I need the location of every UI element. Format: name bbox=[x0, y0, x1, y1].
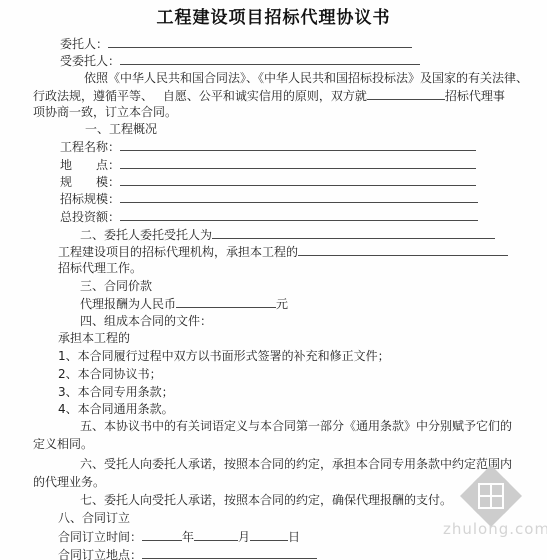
doc-line: 合同订立地点： bbox=[58, 546, 317, 560]
blank-field bbox=[142, 528, 182, 541]
doc-line: 依照《中华人民共和国合同法》、《中华人民共和国招标投标法》及国家的有关法律、 bbox=[84, 70, 528, 86]
doc-text: 代理报酬为人民币 bbox=[80, 297, 176, 311]
contract-page: 工程建设项目招标代理协议书 委托人：受委托人：依照《中华人民共和国合同法》、《中… bbox=[0, 0, 547, 560]
doc-text: 1、本合同履行过程中双方以书面形式签署的补充和修正文件； bbox=[58, 349, 390, 363]
doc-text: 项协商一致，订立本合同。 bbox=[33, 105, 177, 119]
document-title: 工程建设项目招标代理协议书 bbox=[0, 3, 547, 28]
doc-line: 承担本工程的 bbox=[58, 330, 130, 346]
doc-line: 六、受托人向委托人承诺，按照本合同的约定，承担本合同专用条款中约定范围内 bbox=[80, 456, 512, 472]
doc-text: 元 bbox=[276, 297, 288, 311]
doc-line: 2、本合同协议书； bbox=[58, 366, 162, 382]
doc-line: 五、本协议书中的有关词语定义与本合同第一部分《通用条款》中分别赋予它们的 bbox=[80, 418, 512, 434]
blank-field bbox=[176, 295, 276, 308]
doc-text: 工程建设项目的招标代理机构，承担本工程的 bbox=[58, 245, 298, 259]
blank-field bbox=[120, 190, 478, 203]
doc-text: 定义相同。 bbox=[33, 437, 93, 451]
doc-text: 合同订立时间： bbox=[58, 530, 142, 544]
doc-line: 三、合同价款 bbox=[80, 278, 152, 294]
doc-line: 受委托人： bbox=[60, 52, 420, 69]
doc-line: 一、工程概况 bbox=[85, 121, 157, 137]
doc-text: 3、本合同专用条款； bbox=[58, 385, 174, 399]
doc-line: 项协商一致，订立本合同。 bbox=[33, 104, 177, 120]
doc-text: 承担本工程的 bbox=[58, 331, 130, 345]
doc-line: 规 模： bbox=[60, 173, 476, 190]
doc-line: 七、委托人向受托人承诺，按照本合同的约定，确保代理报酬的支付。 bbox=[80, 492, 452, 508]
blank-field bbox=[120, 52, 420, 65]
doc-line: 招标代理工作。 bbox=[58, 260, 142, 276]
doc-text: 三、合同价款 bbox=[80, 279, 152, 293]
doc-text: 七、委托人向受托人承诺，按照本合同的约定，确保代理报酬的支付。 bbox=[80, 493, 452, 507]
doc-line: 工程名称： bbox=[60, 138, 476, 155]
doc-line: 招标规模： bbox=[60, 190, 478, 207]
doc-text: 总投资额： bbox=[60, 210, 120, 224]
doc-text: 地 点： bbox=[60, 158, 120, 172]
blank-field bbox=[367, 87, 445, 100]
doc-text: 一、工程概况 bbox=[85, 122, 157, 136]
blank-field bbox=[298, 243, 508, 256]
blank-field bbox=[120, 138, 476, 151]
doc-text: 二、委托人委托受托人为 bbox=[80, 228, 212, 242]
doc-text: 规 模： bbox=[60, 175, 120, 189]
doc-text: 五、本协议书中的有关词语定义与本合同第一部分《通用条款》中分别赋予它们的 bbox=[80, 419, 512, 433]
doc-text: 依照《中华人民共和国合同法》、《中华人民共和国招标投标法》及国家的有关法律、 bbox=[84, 71, 528, 85]
doc-text: 招标代理事 bbox=[445, 89, 505, 103]
doc-line: 工程建设项目的招标代理机构，承担本工程的 bbox=[58, 243, 508, 260]
doc-text: 六、受托人向委托人承诺，按照本合同的约定，承担本合同专用条款中约定范围内 bbox=[80, 457, 512, 471]
doc-line: 总投资额： bbox=[60, 208, 478, 225]
doc-text: 八、合同订立 bbox=[58, 511, 130, 525]
doc-text: 2、本合同协议书； bbox=[58, 367, 162, 381]
blank-field bbox=[120, 156, 476, 169]
doc-line: 合同订立时间：年月日 bbox=[58, 528, 300, 545]
doc-line: 行政法规，遵循平等、 自愿、公平和诚实信用的原则，双方就招标代理事 bbox=[33, 87, 505, 104]
blank-field bbox=[120, 208, 478, 221]
doc-text: 日 bbox=[288, 530, 300, 544]
doc-line: 的代理业务。 bbox=[33, 474, 105, 490]
doc-text: 年 bbox=[182, 530, 194, 544]
doc-text: 4、本合同通用条款。 bbox=[58, 402, 174, 416]
blank-field bbox=[120, 173, 476, 186]
doc-line: 地 点： bbox=[60, 156, 476, 173]
doc-line: 定义相同。 bbox=[33, 436, 93, 452]
doc-text: 月 bbox=[238, 530, 250, 544]
doc-line: 四、组成本合同的文件： bbox=[80, 313, 212, 329]
doc-text: 招标规模： bbox=[60, 192, 120, 206]
blank-field bbox=[142, 546, 317, 559]
doc-line: 1、本合同履行过程中双方以书面形式签署的补充和修正文件； bbox=[58, 348, 390, 364]
doc-line: 委托人： bbox=[60, 35, 412, 52]
doc-line: 二、委托人委托受托人为 bbox=[80, 226, 495, 243]
blank-field bbox=[108, 35, 412, 48]
doc-line: 3、本合同专用条款； bbox=[58, 384, 174, 400]
blank-field bbox=[212, 226, 495, 239]
doc-line: 4、本合同通用条款。 bbox=[58, 401, 174, 417]
doc-text: 受委托人： bbox=[60, 54, 120, 68]
doc-text: 四、组成本合同的文件： bbox=[80, 314, 212, 328]
blank-field bbox=[250, 528, 288, 541]
watermark-text: zhulong.com bbox=[443, 520, 547, 538]
doc-line: 代理报酬为人民币元 bbox=[80, 295, 288, 312]
doc-text: 行政法规，遵循平等、 自愿、公平和诚实信用的原则，双方就 bbox=[33, 89, 367, 103]
doc-text: 委托人： bbox=[60, 37, 108, 51]
doc-line: 八、合同订立 bbox=[58, 510, 130, 526]
doc-text: 招标代理工作。 bbox=[58, 261, 142, 275]
doc-text: 合同订立地点： bbox=[58, 548, 142, 560]
blank-field bbox=[194, 528, 238, 541]
doc-text: 的代理业务。 bbox=[33, 475, 105, 489]
doc-text: 工程名称： bbox=[60, 140, 120, 154]
